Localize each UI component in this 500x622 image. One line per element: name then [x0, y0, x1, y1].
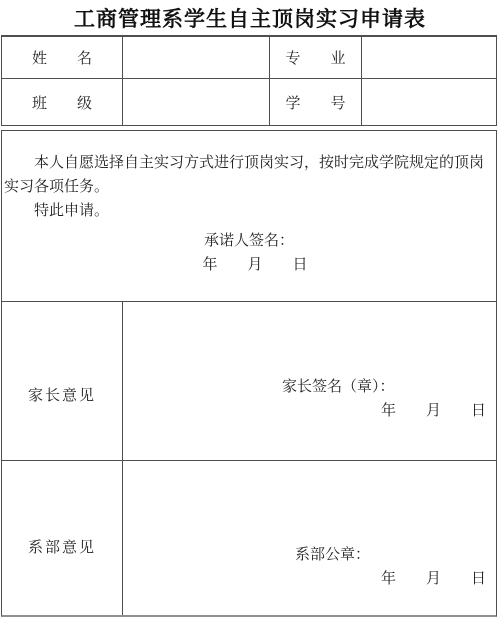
dept-date-line: 年 月 日	[381, 571, 496, 588]
name-value-cell[interactable]	[123, 37, 270, 79]
class-value-cell[interactable]	[123, 79, 270, 125]
statement-closing: 特此申请。	[4, 199, 494, 223]
opinion-table: 家长意见 家长签名（章）： 年 月 日 系部意见 系部公章： 年 月 日	[1, 302, 497, 617]
student-id-label-cell: 学 号	[270, 79, 362, 125]
student-id-value-cell[interactable]	[362, 79, 496, 125]
statement-section: 本人自愿选择自主实习方式进行顶岗实习，按时完成学院规定的顶岗实习各项任务。 特此…	[1, 130, 497, 302]
class-label-cell: 班 级	[2, 79, 123, 125]
parent-date-line: 年 月 日	[381, 403, 496, 420]
info-table: 姓 名 专 业 班 级 学 号	[1, 35, 497, 126]
name-label-cell: 姓 名	[2, 37, 123, 79]
dept-opinion-area[interactable]: 系部公章： 年 月 日	[123, 461, 496, 615]
applicant-signature-label: 承诺人签名：	[2, 229, 496, 253]
statement-paragraph: 本人自愿选择自主实习方式进行顶岗实习，按时完成学院规定的顶岗实习各项任务。	[4, 151, 494, 199]
major-label-cell: 专 业	[270, 37, 362, 79]
applicant-date-line: 年 月 日	[2, 253, 496, 277]
parent-opinion-area[interactable]: 家长签名（章）： 年 月 日	[123, 302, 496, 461]
parent-opinion-label: 家长意见	[2, 302, 123, 461]
major-value-cell[interactable]	[362, 37, 496, 79]
form-title: 工商管理系学生自主顶岗实习申请表	[0, 3, 500, 33]
parent-signature-label: 家长签名（章）：	[282, 379, 496, 396]
dept-seal-label: 系部公章：	[295, 547, 496, 564]
dept-opinion-label: 系部意见	[2, 461, 123, 615]
